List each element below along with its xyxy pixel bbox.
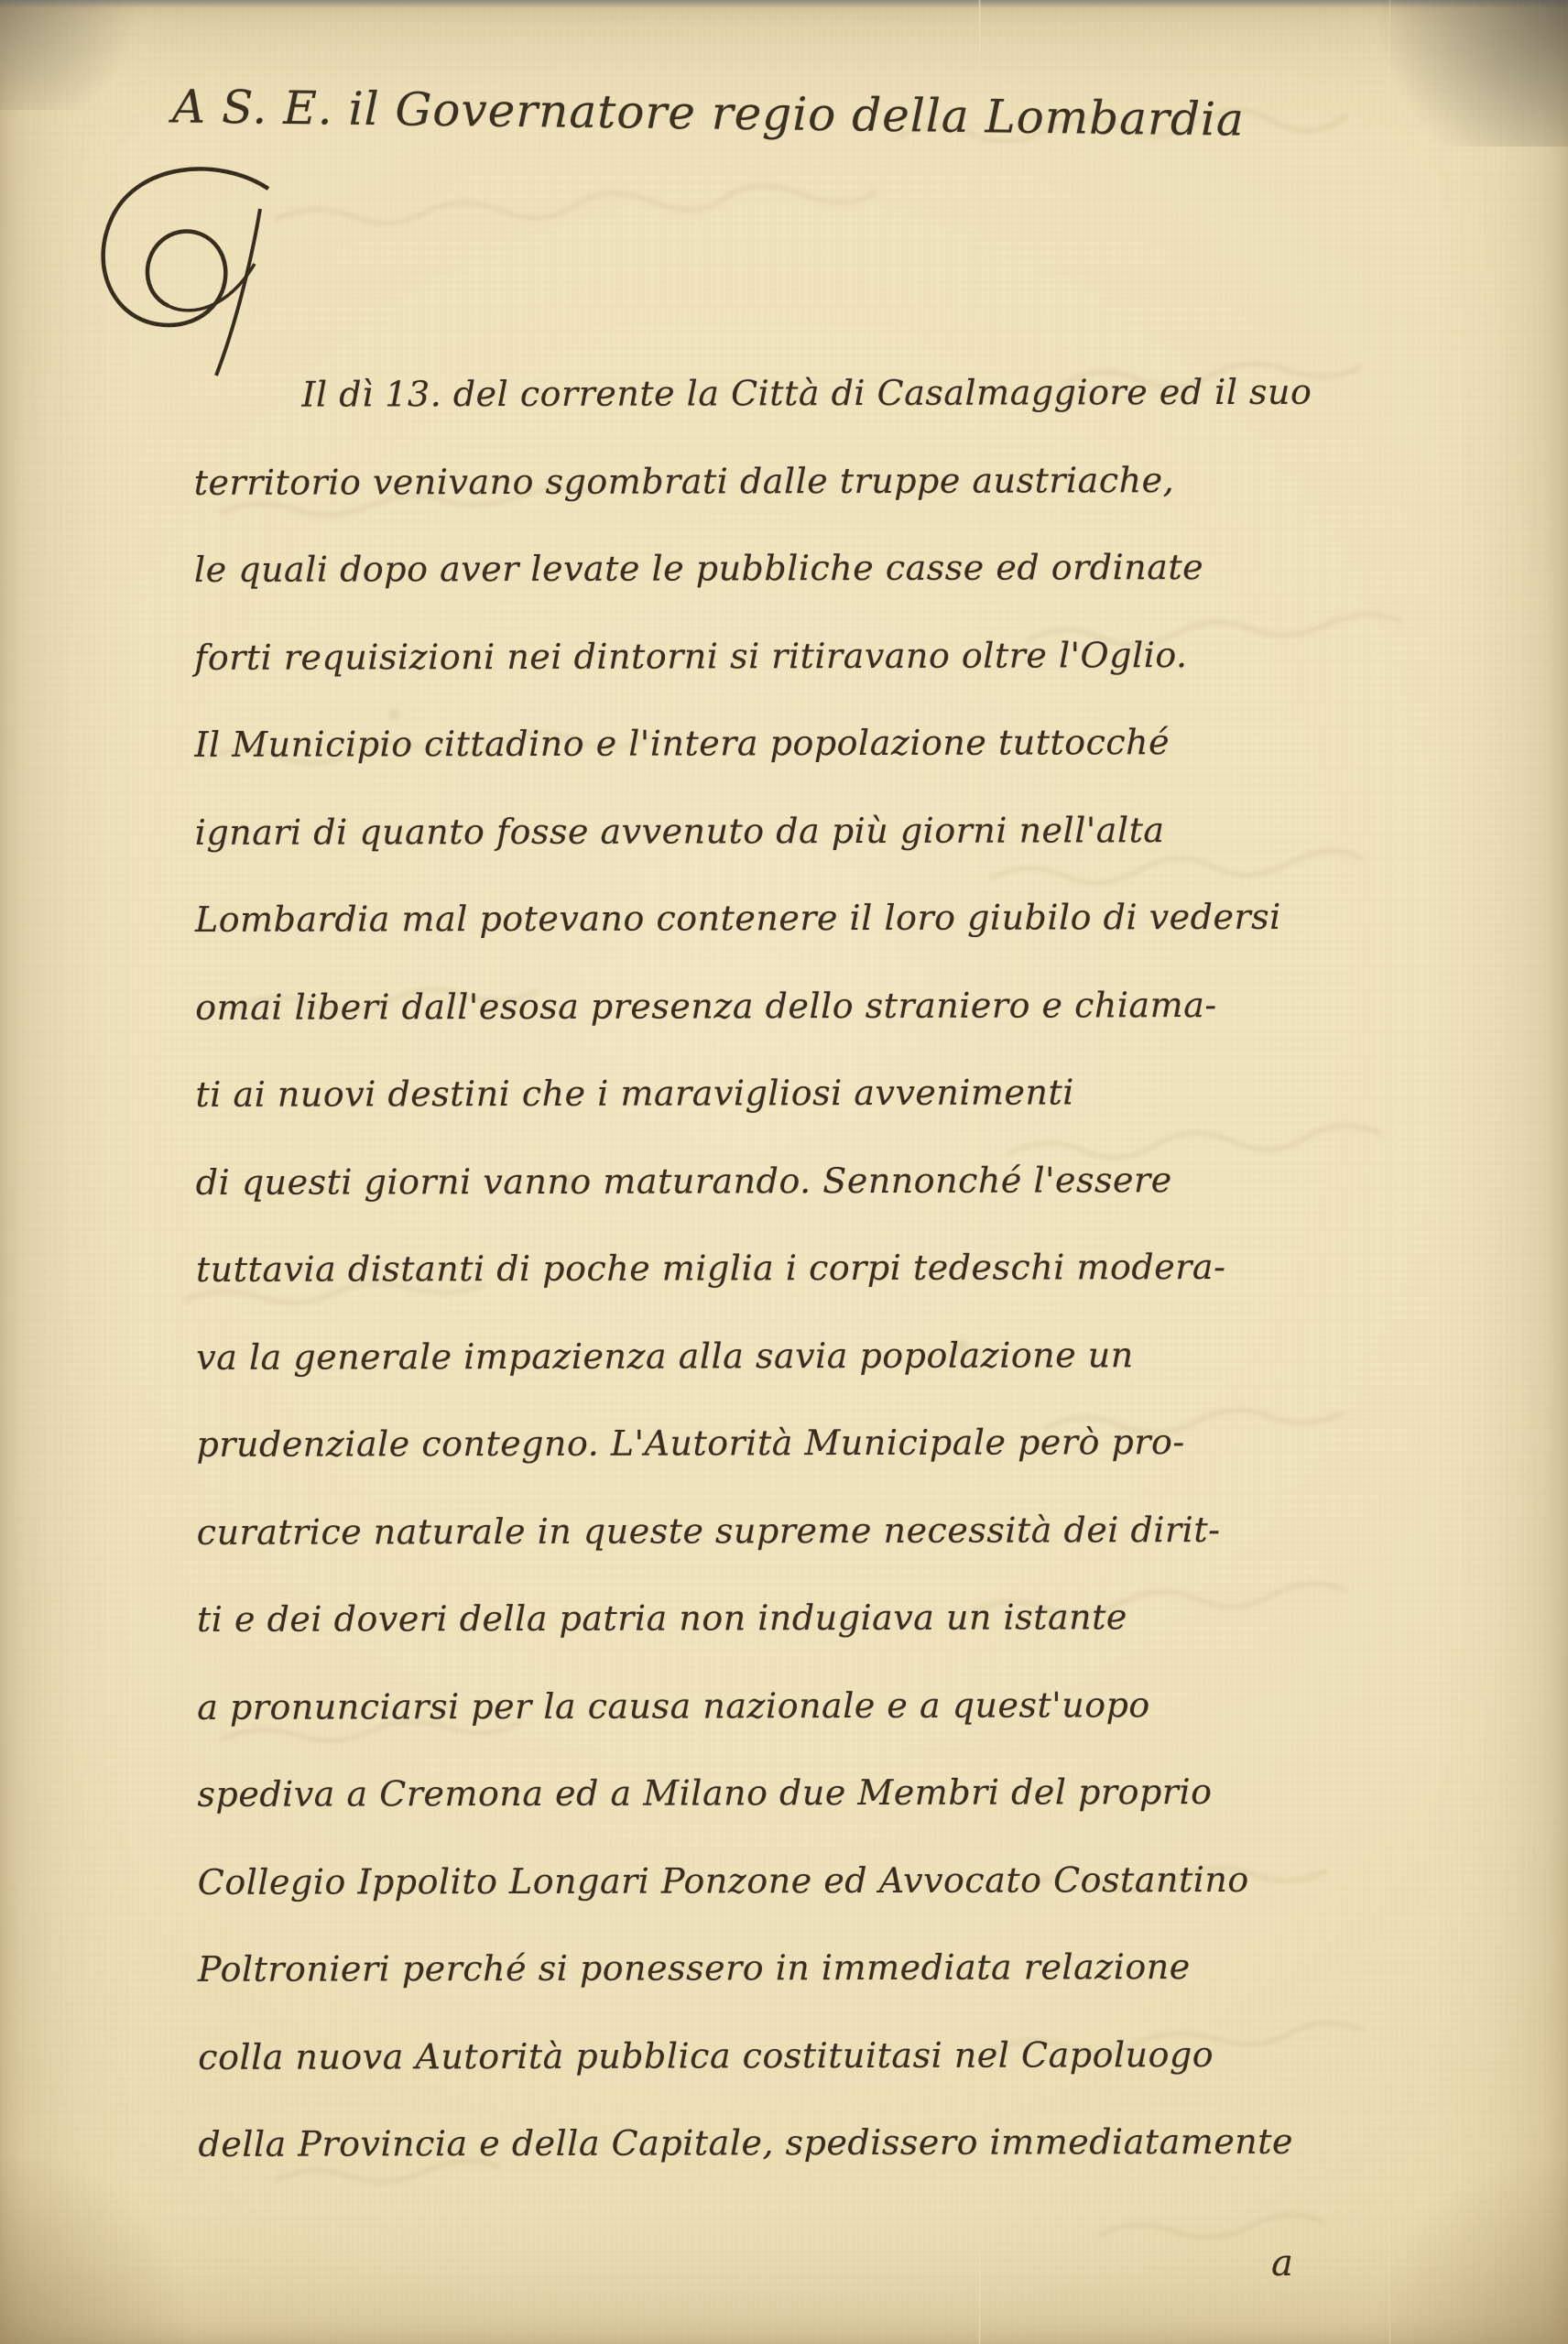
body-line: tuttavia distanti di poche miglia i corp… [196,1223,1519,1314]
body-line: a pronunciarsi per la causa nazionale e … [197,1661,1519,1751]
body-line: Collegio Ippolito Longari Ponzone ed Avv… [198,1836,1520,1926]
body-line: ti e dei doveri della patria non indugia… [197,1573,1519,1663]
body-line: Il Municipio cittadino e l'intera popola… [194,698,1517,789]
scan-corner-shadow [0,0,183,110]
body-line: colla nuova Autorità pubblica costituita… [198,2011,1520,2101]
opening-flourish-icon [81,154,291,383]
letter-body: Il dì 13. del corrente la Città di Casal… [193,348,1520,2188]
body-line: territorio venivano sgombrati dalle trup… [194,436,1517,527]
body-line: di questi giorni vanno maturando. Sennon… [196,1136,1519,1227]
scan-top-edge [0,0,1568,8]
body-line: Poltronieri perché si ponessero in immed… [198,1923,1520,2013]
body-line: ti ai nuovi destini che i maravigliosi a… [195,1048,1518,1139]
scan-corner-shadow [1293,0,1568,147]
scan-corner-shadow [1330,2161,1568,2344]
body-line: va la generale impazienza alla savia pop… [196,1311,1519,1401]
body-line: ignari di quanto fosse avvenuto da più g… [195,786,1518,877]
salutation-line: A S. E. il Governatore regio della Lomba… [172,80,869,141]
body-line: forti requisizioni nei dintorni si ritir… [194,611,1517,702]
body-line: omai liberi dall'esosa presenza dello st… [195,961,1518,1052]
catchword: a [1271,2242,1293,2284]
body-line: spediva a Cremona ed a Milano due Membri… [197,1748,1519,1838]
body-line: le quali dopo aver levate le pubbliche c… [194,523,1517,614]
body-line: Il dì 13. del corrente la Città di Casal… [193,348,1516,439]
body-line: Lombardia mal potevano contenere il loro… [195,873,1518,964]
body-line: della Provincia e della Capitale, spedis… [198,2098,1520,2188]
body-line: prudenziale contegno. L'Autorità Municip… [196,1398,1519,1488]
body-line: curatrice naturale in queste supreme nec… [197,1486,1519,1576]
manuscript-page: A S. E. il Governatore regio della Lomba… [0,0,1568,2344]
